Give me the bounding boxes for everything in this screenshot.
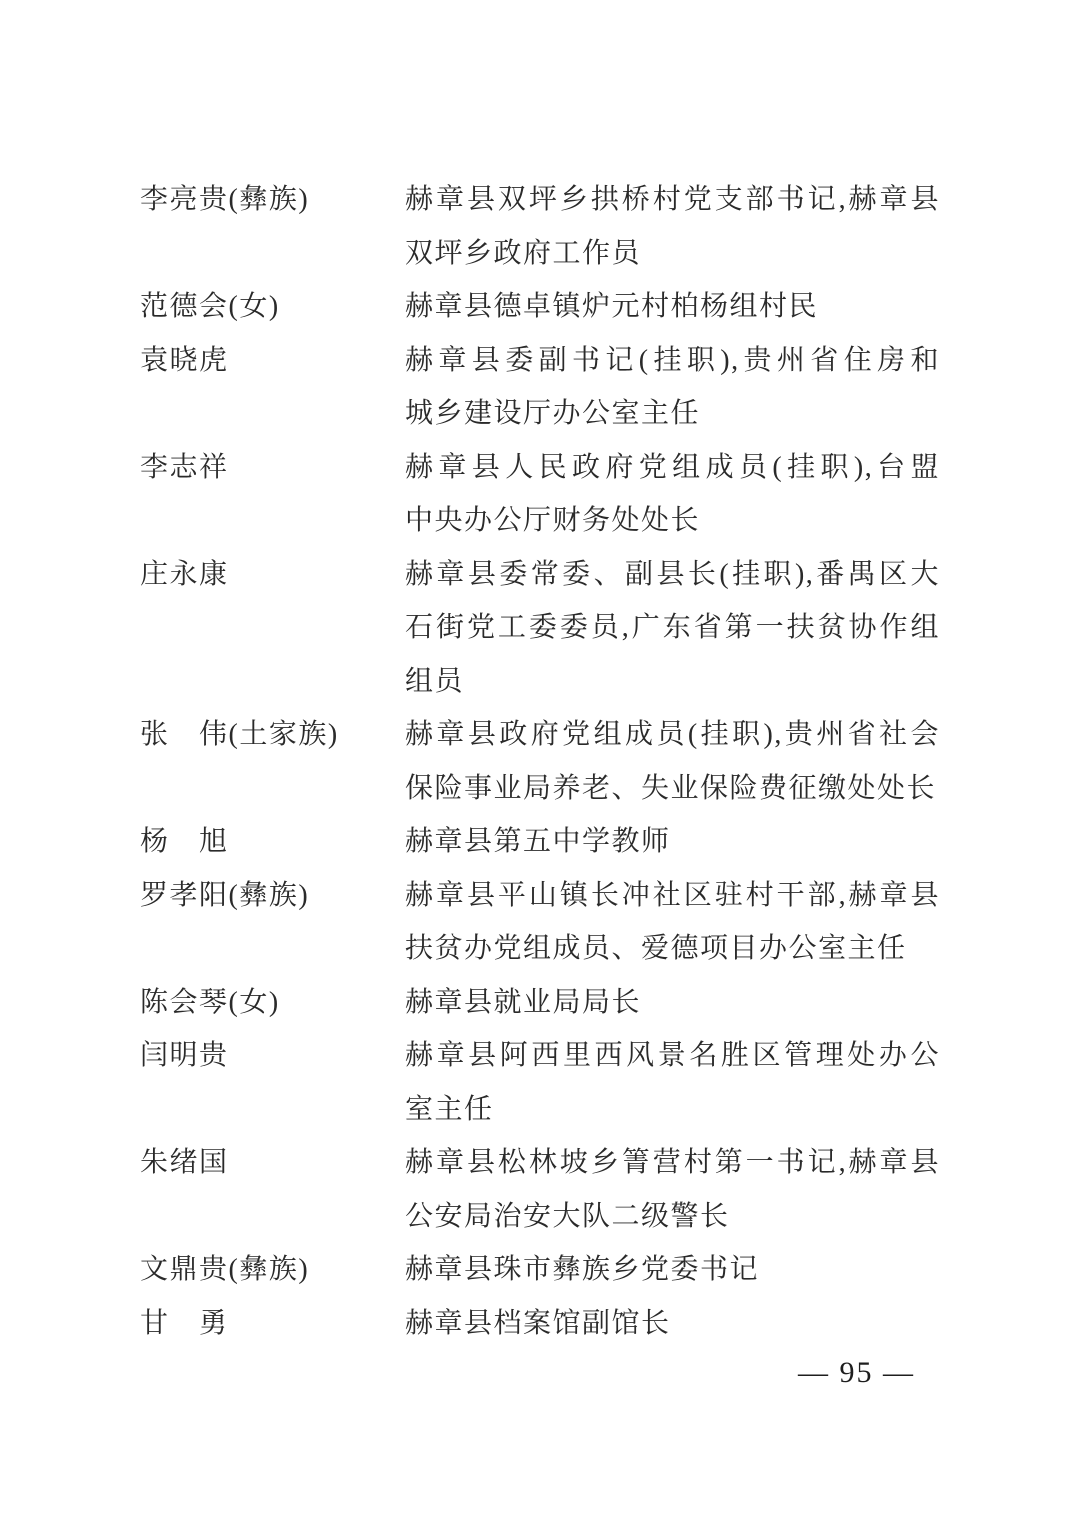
list-entry: 李亮贵(彝族) 赫章县双坪乡拱桥村党支部书记,赫章县 双坪乡政府工作员: [140, 173, 940, 280]
page-number: — 95 —: [140, 1356, 940, 1390]
entries-list: 李亮贵(彝族) 赫章县双坪乡拱桥村党支部书记,赫章县 双坪乡政府工作员 范德会(…: [140, 173, 940, 1350]
person-name: 朱绪国: [140, 1136, 405, 1190]
person-name: 闫明贵: [140, 1029, 405, 1083]
person-position: 赫章县就业局局长: [405, 976, 940, 1030]
person-name: 范德会(女): [140, 280, 405, 334]
position-line: 赫章县委常委、副县长(挂职),番禺区大: [405, 548, 940, 602]
position-line: 赫章县就业局局长: [405, 976, 940, 1030]
person-position: 赫章县第五中学教师: [405, 815, 940, 869]
person-name: 罗孝阳(彝族): [140, 869, 405, 923]
position-line: 赫章县第五中学教师: [405, 815, 940, 869]
position-line: 保险事业局养老、失业保险费征缴处处长: [405, 762, 940, 816]
person-position: 赫章县委副书记(挂职),贵州省住房和 城乡建设厅办公室主任: [405, 334, 940, 441]
list-entry: 朱绪国 赫章县松林坡乡箐营村第一书记,赫章县 公安局治安大队二级警长: [140, 1136, 940, 1243]
position-line: 赫章县阿西里西风景名胜区管理处办公: [405, 1029, 940, 1083]
position-line: 赫章县平山镇长冲社区驻村干部,赫章县: [405, 869, 940, 923]
list-entry: 甘 勇 赫章县档案馆副馆长: [140, 1297, 940, 1351]
position-line: 公安局治安大队二级警长: [405, 1190, 940, 1244]
person-name: 李亮贵(彝族): [140, 173, 405, 227]
position-line: 赫章县档案馆副馆长: [405, 1297, 940, 1351]
person-position: 赫章县阿西里西风景名胜区管理处办公 室主任: [405, 1029, 940, 1136]
list-entry: 李志祥 赫章县人民政府党组成员(挂职),台盟 中央办公厅财务处处长: [140, 441, 940, 548]
list-entry: 陈会琴(女) 赫章县就业局局长: [140, 976, 940, 1030]
position-line: 石街党工委委员,广东省第一扶贫协作组: [405, 601, 940, 655]
list-entry: 袁晓虎 赫章县委副书记(挂职),贵州省住房和 城乡建设厅办公室主任: [140, 334, 940, 441]
position-line: 室主任: [405, 1083, 940, 1137]
person-position: 赫章县珠市彝族乡党委书记: [405, 1243, 940, 1297]
person-position: 赫章县档案馆副馆长: [405, 1297, 940, 1351]
person-position: 赫章县德卓镇炉元村柏杨组村民: [405, 280, 940, 334]
position-line: 组员: [405, 655, 940, 709]
person-name: 张 伟(土家族): [140, 708, 405, 762]
person-name: 甘 勇: [140, 1297, 405, 1351]
list-entry: 罗孝阳(彝族) 赫章县平山镇长冲社区驻村干部,赫章县 扶贫办党组成员、爱德项目办…: [140, 869, 940, 976]
position-line: 双坪乡政府工作员: [405, 227, 940, 281]
position-line: 赫章县双坪乡拱桥村党支部书记,赫章县: [405, 173, 940, 227]
position-line: 城乡建设厅办公室主任: [405, 387, 940, 441]
person-position: 赫章县人民政府党组成员(挂职),台盟 中央办公厅财务处处长: [405, 441, 940, 548]
person-position: 赫章县委常委、副县长(挂职),番禺区大 石街党工委委员,广东省第一扶贫协作组 组…: [405, 548, 940, 709]
document-page: 李亮贵(彝族) 赫章县双坪乡拱桥村党支部书记,赫章县 双坪乡政府工作员 范德会(…: [0, 0, 1080, 1527]
position-line: 赫章县委副书记(挂职),贵州省住房和: [405, 334, 940, 388]
person-position: 赫章县平山镇长冲社区驻村干部,赫章县 扶贫办党组成员、爱德项目办公室主任: [405, 869, 940, 976]
position-line: 扶贫办党组成员、爱德项目办公室主任: [405, 922, 940, 976]
person-name: 庄永康: [140, 548, 405, 602]
position-line: 赫章县政府党组成员(挂职),贵州省社会: [405, 708, 940, 762]
position-line: 赫章县德卓镇炉元村柏杨组村民: [405, 280, 940, 334]
person-name: 陈会琴(女): [140, 976, 405, 1030]
person-position: 赫章县松林坡乡箐营村第一书记,赫章县 公安局治安大队二级警长: [405, 1136, 940, 1243]
list-entry: 范德会(女) 赫章县德卓镇炉元村柏杨组村民: [140, 280, 940, 334]
person-name: 李志祥: [140, 441, 405, 495]
person-name: 文鼎贵(彝族): [140, 1243, 405, 1297]
list-entry: 张 伟(土家族) 赫章县政府党组成员(挂职),贵州省社会 保险事业局养老、失业保…: [140, 708, 940, 815]
position-line: 赫章县松林坡乡箐营村第一书记,赫章县: [405, 1136, 940, 1190]
position-line: 赫章县人民政府党组成员(挂职),台盟: [405, 441, 940, 495]
person-name: 杨 旭: [140, 815, 405, 869]
list-entry: 庄永康 赫章县委常委、副县长(挂职),番禺区大 石街党工委委员,广东省第一扶贫协…: [140, 548, 940, 709]
list-entry: 杨 旭 赫章县第五中学教师: [140, 815, 940, 869]
list-entry: 文鼎贵(彝族) 赫章县珠市彝族乡党委书记: [140, 1243, 940, 1297]
person-position: 赫章县双坪乡拱桥村党支部书记,赫章县 双坪乡政府工作员: [405, 173, 940, 280]
position-line: 赫章县珠市彝族乡党委书记: [405, 1243, 940, 1297]
position-line: 中央办公厅财务处处长: [405, 494, 940, 548]
list-entry: 闫明贵 赫章县阿西里西风景名胜区管理处办公 室主任: [140, 1029, 940, 1136]
person-name: 袁晓虎: [140, 334, 405, 388]
person-position: 赫章县政府党组成员(挂职),贵州省社会 保险事业局养老、失业保险费征缴处处长: [405, 708, 940, 815]
